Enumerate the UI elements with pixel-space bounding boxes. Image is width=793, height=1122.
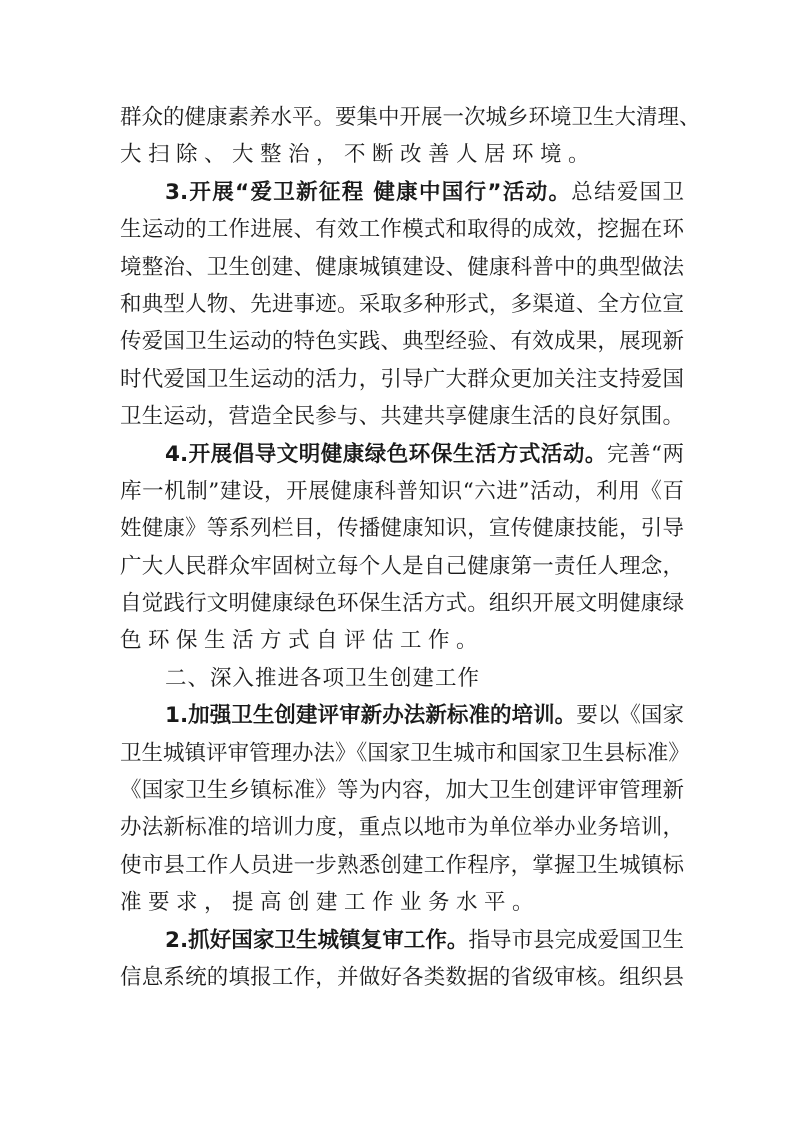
section-heading: 二、深入推进各项卫生创建工作 — [120, 660, 684, 697]
item-first-line: 3.开展“爱卫新征程 健康中国行”活动。总结爱国卫 — [120, 174, 684, 211]
item-bold-lead: 4.开展倡导文明健康绿色环保生活方式活动。 — [165, 442, 607, 467]
text-line: 传爱国卫生运动的特色实践、典型经验、有效成果，展现新 — [120, 323, 684, 360]
text-line: 自觉践行文明健康绿色环保生活方式。组织开展文明健康绿 — [120, 585, 684, 622]
item-first-line-rest: 要以《国家 — [576, 703, 684, 728]
text-line: 生运动的工作进展、有效工作模式和取得的成效，挖掘在环 — [120, 211, 684, 248]
paragraph-item-3: 3.开展“爱卫新征程 健康中国行”活动。总结爱国卫 生运动的工作进展、有效工作模… — [120, 174, 684, 436]
text-line: 卫生城镇评审管理办法》《国家卫生城市和国家卫生县标准》 — [120, 735, 684, 772]
text-line: 广大人民群众牢固树立每个人是自己健康第一责任人理念， — [120, 548, 684, 585]
text-line: 时代爱国卫生运动的活力，引导广大群众更加关注支持爱国 — [120, 361, 684, 398]
item-first-line: 4.开展倡导文明健康绿色环保生活方式活动。完善“两 — [120, 436, 684, 473]
text-line: 库一机制”建设，开展健康科普知识“六进”活动，利用《百 — [120, 473, 684, 510]
item-first-line: 2.抓好国家卫生城镇复审工作。指导市县完成爱国卫生 — [120, 922, 684, 959]
text-line: 信息系统的填报工作，并做好各类数据的省级审核。组织县 — [120, 959, 684, 996]
text-line: 卫生运动，营造全民参与、共建共享健康生活的良好氛围。 — [120, 398, 684, 435]
text-line: 准要求，提高创建工作业务水平。 — [120, 884, 684, 921]
text-line: 群众的健康素养水平。要集中开展一次城乡环境卫生大清理、 — [120, 99, 684, 136]
item-bold-lead: 2.抓好国家卫生城镇复审工作。 — [165, 928, 468, 953]
text-line: 大扫除、大整治，不断改善人居环境。 — [120, 136, 684, 173]
text-line: 《国家卫生乡镇标准》等为内容，加大卫生创建评审管理新 — [120, 772, 684, 809]
item-bold-lead: 1.加强卫生创建评审新办法新标准的培训。 — [165, 703, 576, 728]
item-first-line-rest: 完善“两 — [607, 442, 684, 467]
paragraph-item-1: 1.加强卫生创建评审新办法新标准的培训。要以《国家 卫生城镇评审管理办法》《国家… — [120, 697, 684, 921]
text-line: 和典型人物、先进事迹。采取多种形式，多渠道、全方位宣 — [120, 286, 684, 323]
item-bold-lead: 3.开展“爱卫新征程 健康中国行”活动。 — [165, 180, 571, 205]
document-page: 群众的健康素养水平。要集中开展一次城乡环境卫生大清理、 大扫除、大整治，不断改善… — [120, 99, 684, 996]
paragraph-item-4: 4.开展倡导文明健康绿色环保生活方式活动。完善“两 库一机制”建设，开展健康科普… — [120, 436, 684, 660]
section-heading-text: 二、深入推进各项卫生创建工作 — [120, 660, 684, 697]
text-line: 办法新标准的培训力度，重点以地市为单位举办业务培训， — [120, 809, 684, 846]
item-first-line-rest: 指导市县完成爱国卫生 — [468, 928, 684, 953]
text-line: 境整治、卫生创建、健康城镇建设、健康科普中的典型做法 — [120, 249, 684, 286]
paragraph-continuation: 群众的健康素养水平。要集中开展一次城乡环境卫生大清理、 大扫除、大整治，不断改善… — [120, 99, 684, 174]
paragraph-item-2: 2.抓好国家卫生城镇复审工作。指导市县完成爱国卫生 信息系统的填报工作，并做好各… — [120, 922, 684, 997]
text-line: 使市县工作人员进一步熟悉创建工作程序，掌握卫生城镇标 — [120, 847, 684, 884]
text-line: 色环保生活方式自评估工作。 — [120, 622, 684, 659]
item-first-line: 1.加强卫生创建评审新办法新标准的培训。要以《国家 — [120, 697, 684, 734]
item-first-line-rest: 总结爱国卫 — [571, 180, 684, 205]
text-line: 姓健康》等系列栏目，传播健康知识，宣传健康技能，引导 — [120, 510, 684, 547]
